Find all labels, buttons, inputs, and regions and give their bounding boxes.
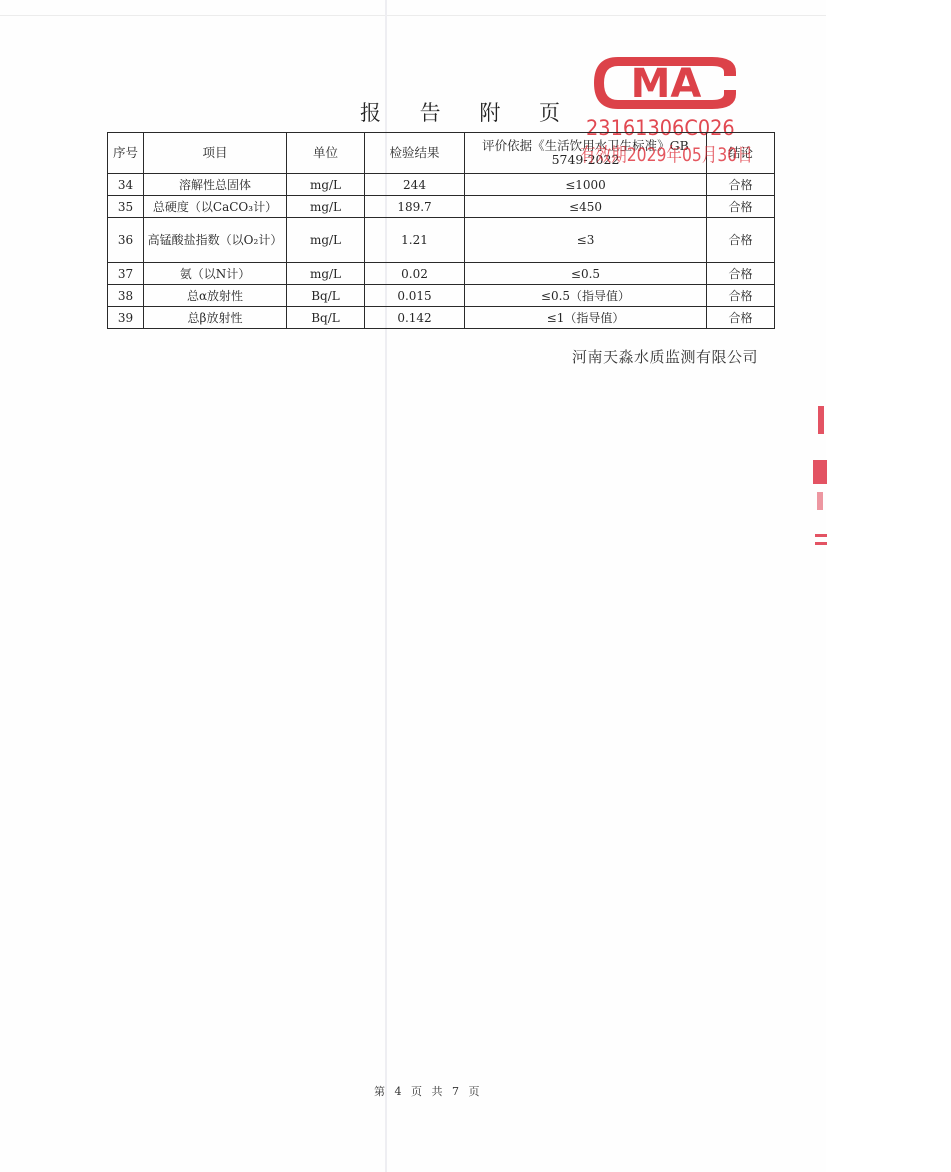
cell-limit: ≤0.5 xyxy=(465,263,707,285)
table-row: 39 总β放射性 Bq/L 0.142 ≤1（指导值） 合格 xyxy=(108,307,775,329)
page-margin xyxy=(826,0,951,1172)
header-unit: 单位 xyxy=(287,133,365,174)
cell-result: 0.02 xyxy=(365,263,465,285)
cell-conclusion: 合格 xyxy=(707,218,775,263)
cell-item: 总硬度（以CaCO₃计） xyxy=(144,196,287,218)
cell-no: 36 xyxy=(108,218,144,263)
cell-result: 189.7 xyxy=(365,196,465,218)
cell-limit: ≤3 xyxy=(465,218,707,263)
cell-conclusion: 合格 xyxy=(707,263,775,285)
seam-stamp-fragment-icon xyxy=(812,398,828,558)
table-row: 36 高锰酸盐指数（以O₂计） mg/L 1.21 ≤3 合格 xyxy=(108,218,775,263)
cell-item: 总β放射性 xyxy=(144,307,287,329)
cell-no: 37 xyxy=(108,263,144,285)
cell-result: 0.142 xyxy=(365,307,465,329)
header-result: 检验结果 xyxy=(365,133,465,174)
cell-result: 244 xyxy=(365,174,465,196)
cell-result: 0.015 xyxy=(365,285,465,307)
cell-unit: mg/L xyxy=(287,218,365,263)
page-footer: 第 4 页 共 7 页 xyxy=(374,1083,479,1099)
cma-stamp-logo-icon: MA xyxy=(590,52,740,114)
cell-result: 1.21 xyxy=(365,218,465,263)
cell-unit: mg/L xyxy=(287,263,365,285)
cell-item: 溶解性总固体 xyxy=(144,174,287,196)
header-item: 项目 xyxy=(144,133,287,174)
table-row: 34 溶解性总固体 mg/L 244 ≤1000 合格 xyxy=(108,174,775,196)
cell-no: 39 xyxy=(108,307,144,329)
company-name: 河南天淼水质监测有限公司 xyxy=(572,346,758,367)
cell-no: 34 xyxy=(108,174,144,196)
table-row: 35 总硬度（以CaCO₃计） mg/L 189.7 ≤450 合格 xyxy=(108,196,775,218)
cell-conclusion: 合格 xyxy=(707,196,775,218)
header-no: 序号 xyxy=(108,133,144,174)
cell-item: 高锰酸盐指数（以O₂计） xyxy=(144,218,287,263)
cma-stamp-validity: 有效期2029年05月30日 xyxy=(580,140,753,167)
cell-unit: Bq/L xyxy=(287,285,365,307)
scan-fold-line-horizontal xyxy=(0,15,830,16)
cell-limit: ≤450 xyxy=(465,196,707,218)
cell-conclusion: 合格 xyxy=(707,307,775,329)
table-row: 38 总α放射性 Bq/L 0.015 ≤0.5（指导值） 合格 xyxy=(108,285,775,307)
table-row: 37 氨（以N计） mg/L 0.02 ≤0.5 合格 xyxy=(108,263,775,285)
cell-limit: ≤0.5（指导值） xyxy=(465,285,707,307)
cell-limit: ≤1（指导值） xyxy=(465,307,707,329)
cell-no: 35 xyxy=(108,196,144,218)
cell-limit: ≤1000 xyxy=(465,174,707,196)
cell-item: 氨（以N计） xyxy=(144,263,287,285)
cell-item: 总α放射性 xyxy=(144,285,287,307)
cell-conclusion: 合格 xyxy=(707,285,775,307)
svg-text:MA: MA xyxy=(631,61,702,107)
cell-unit: Bq/L xyxy=(287,307,365,329)
cell-no: 38 xyxy=(108,285,144,307)
cell-unit: mg/L xyxy=(287,174,365,196)
page-title: 报 告 附 页 xyxy=(360,97,540,127)
cell-conclusion: 合格 xyxy=(707,174,775,196)
cell-unit: mg/L xyxy=(287,196,365,218)
